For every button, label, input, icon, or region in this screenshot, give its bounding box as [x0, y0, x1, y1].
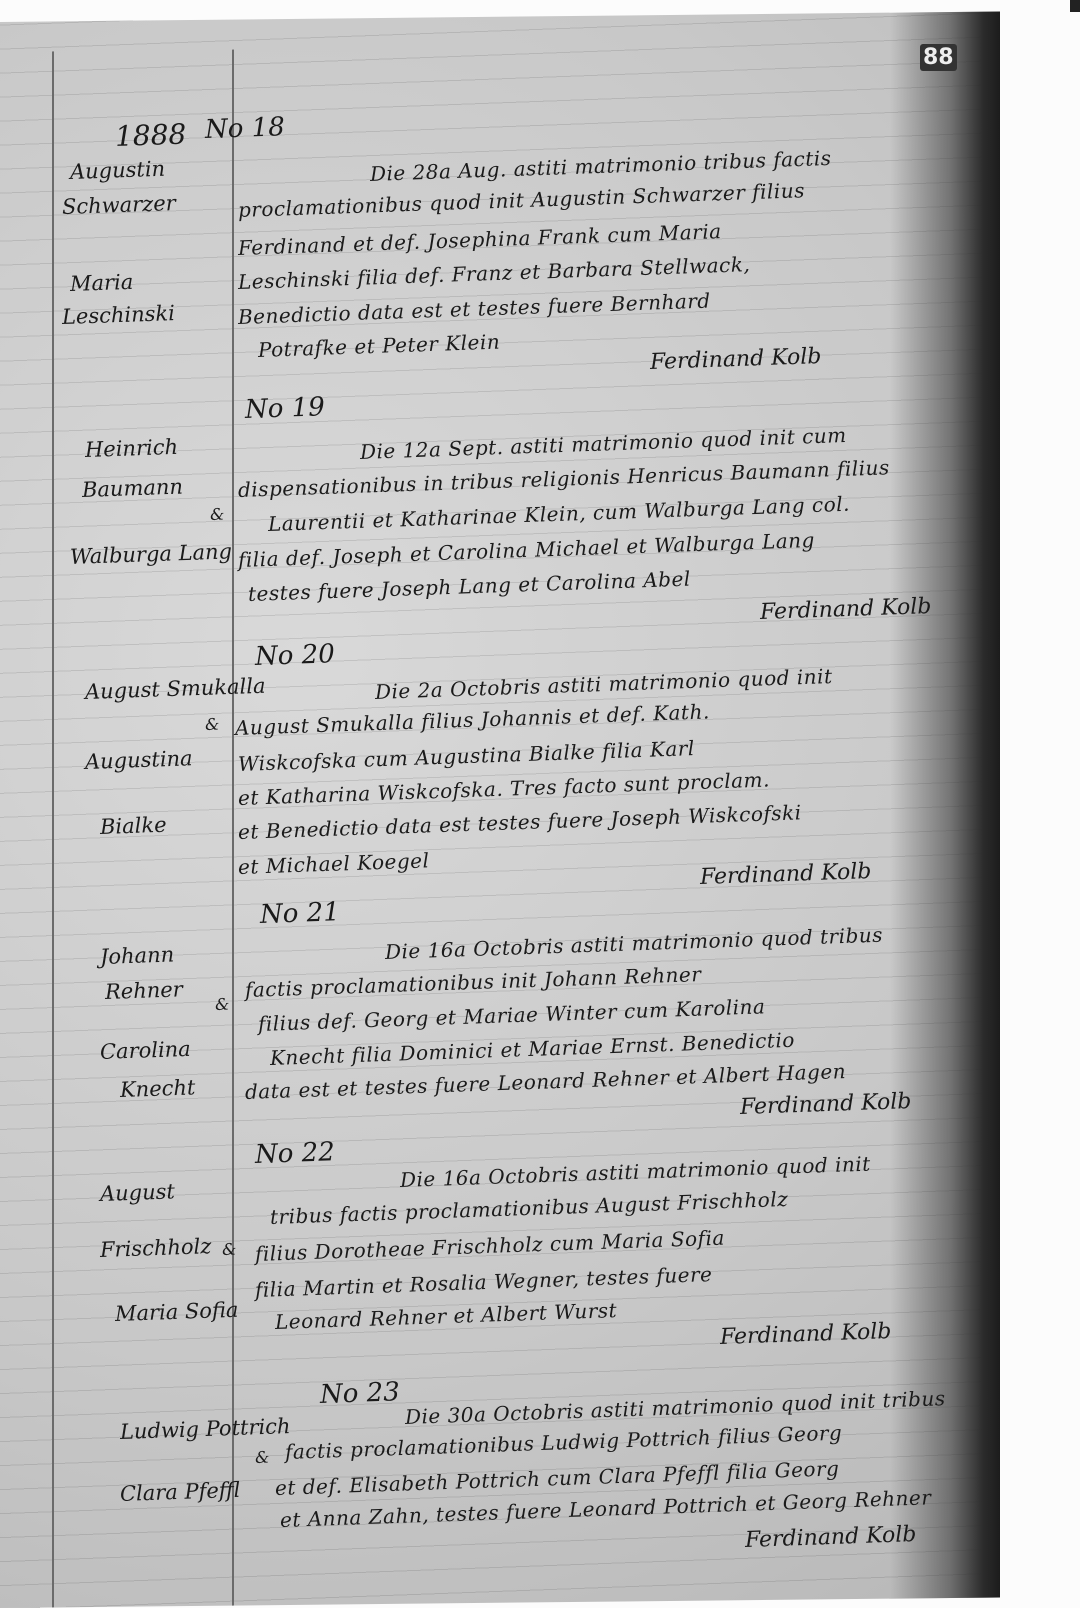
groom-first-name: Augustin — [70, 157, 166, 184]
groom-surname: Baumann — [82, 474, 184, 502]
ampersand: & — [255, 1448, 270, 1467]
name-column-rule — [232, 50, 234, 1606]
record-number: No 22 — [254, 1137, 335, 1170]
bride-surname: Bialke — [100, 813, 167, 839]
bride-first-name: Maria — [70, 270, 134, 296]
year-heading: 1888 — [114, 118, 186, 153]
ampersand: & — [215, 995, 230, 1014]
bride-first-name: Carolina — [100, 1037, 192, 1064]
ampersand: & — [222, 1240, 237, 1259]
margin-rule — [52, 51, 54, 1607]
bride-name: Maria Sofia — [115, 1298, 239, 1326]
groom-first-name: Johann — [100, 942, 175, 969]
bride-surname: Knecht — [120, 1075, 196, 1102]
record-number: No 20 — [254, 639, 335, 672]
bride-surname: Leschinski — [62, 301, 176, 329]
groom-first-name: Heinrich — [85, 435, 179, 462]
groom-surname: Frischholz — [100, 1234, 212, 1262]
ampersand: & — [205, 715, 220, 734]
page-number: 88 — [920, 44, 957, 71]
record-number: No 23 — [319, 1377, 400, 1410]
record-number: No 21 — [259, 897, 340, 930]
groom-surname: Schwarzer — [62, 191, 177, 219]
ampersand: & — [210, 505, 225, 524]
bride-first-name: Augustina — [85, 746, 193, 774]
record-number: No 18 — [204, 112, 285, 145]
register-page — [0, 12, 1000, 1608]
record-number: No 19 — [244, 392, 325, 425]
bride-name: Clara Pfeffl — [120, 1478, 240, 1506]
scan-corner-mark — [1070, 0, 1080, 12]
groom-first-name: August — [100, 1179, 176, 1206]
groom-surname: Rehner — [105, 977, 184, 1004]
